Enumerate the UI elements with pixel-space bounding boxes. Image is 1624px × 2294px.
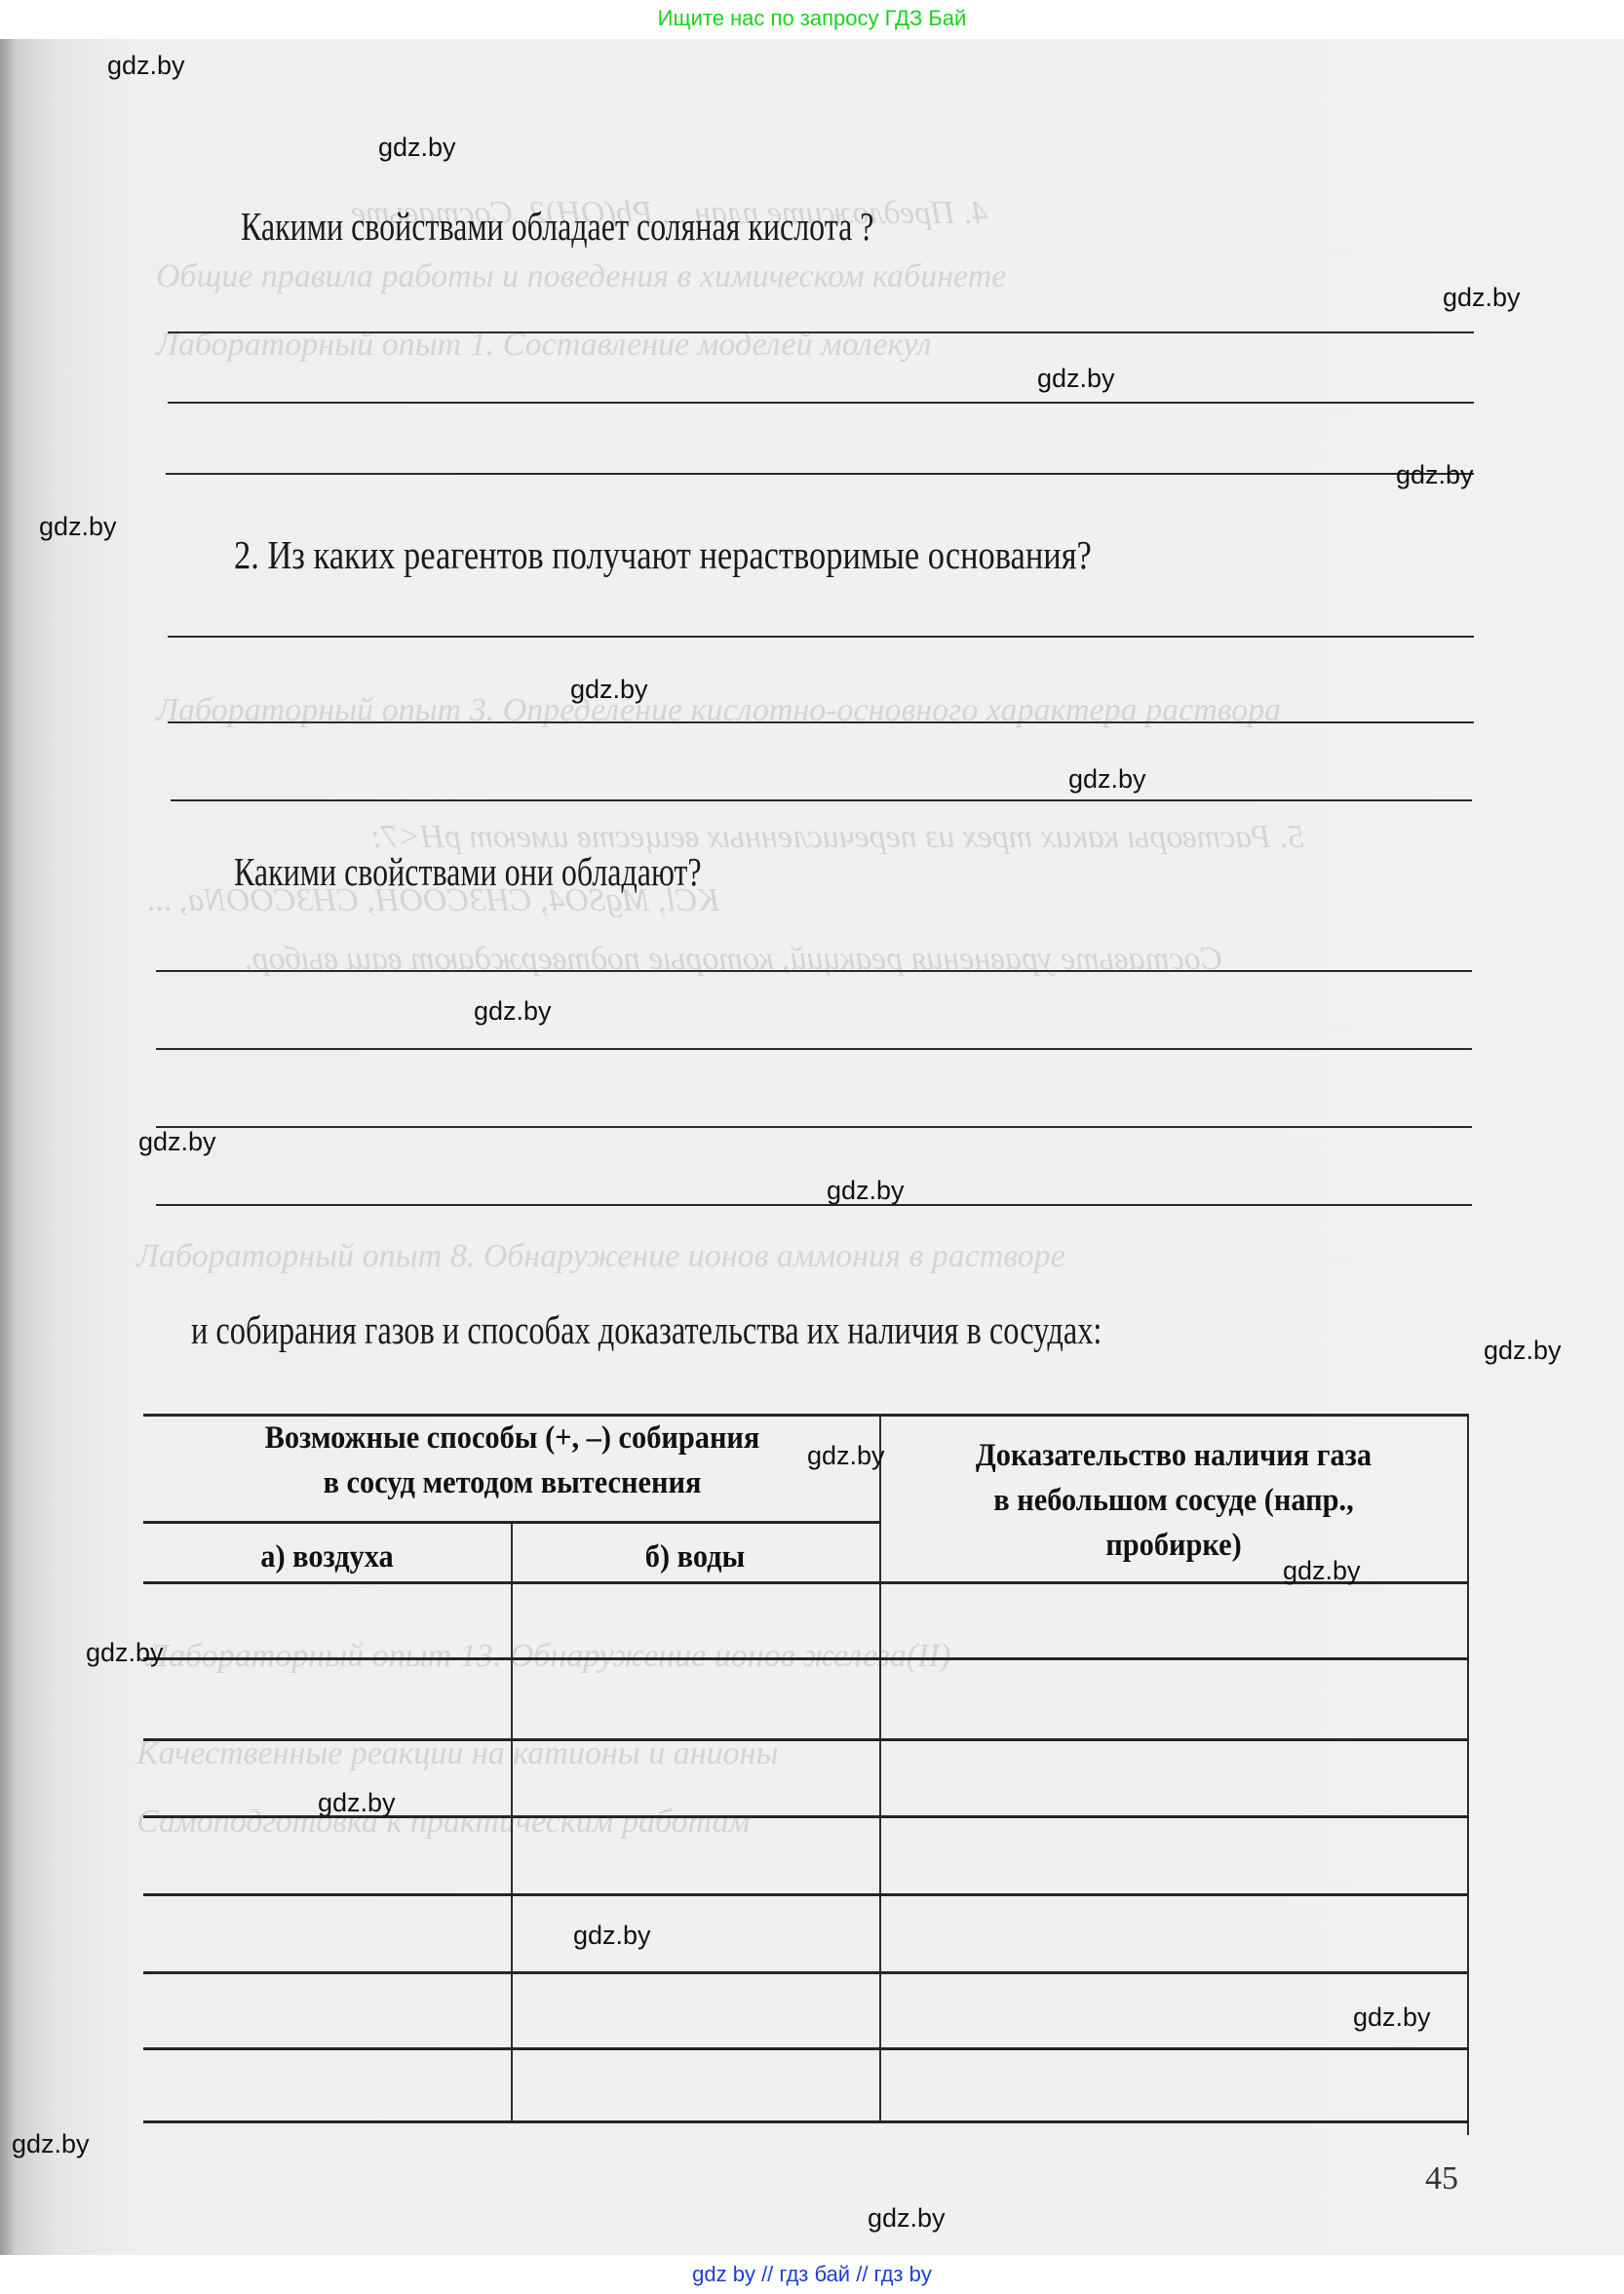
watermark: gdz.by [827,1176,905,1206]
watermark: gdz.by [1037,364,1115,394]
header-proof-line1: Доказательство наличия газа [905,1433,1443,1478]
header-proof-line3: пробирке) [905,1523,1443,1568]
bleed-through-text: Составьте уравнения реакций, которые под… [244,941,1223,978]
watermark: gdz.by [138,1127,216,1157]
header-water: б) воды [525,1535,865,1579]
question-text: Какими свойствами обладает соляная кисло… [241,203,873,250]
answer-line[interactable] [156,1204,1472,1206]
table-row-divider [143,2047,1469,2050]
watermark: gdz.by [474,996,552,1027]
header-proof: Доказательство наличия газа в небольшом … [905,1433,1443,1568]
watermark: gdz.by [1068,764,1146,795]
header-air: а) воздуха [158,1535,496,1579]
table-divider-col2 [879,1414,881,2120]
watermark: gdz.by [318,1788,396,1818]
header-proof-line2: в небольшом сосуде (напр., [905,1478,1443,1523]
table-row-divider [143,1738,1469,1741]
watermark: gdz.by [1396,460,1474,490]
answer-line[interactable] [166,473,1474,475]
gas-collection-table: Возможные способы (+, –) собирания в сос… [143,1414,1469,2135]
answer-line[interactable] [171,799,1472,801]
watermark: gdz.by [807,1441,885,1471]
table-header-divider [143,1521,881,1524]
table-row-divider [143,1657,1469,1660]
answer-line[interactable] [168,721,1474,723]
table-border-bottom [143,2120,1469,2123]
answer-line[interactable] [156,970,1472,972]
header-methods-line1: Возможные способы (+, –) собирания [173,1416,851,1460]
scanned-page: 4. Предложите план ... Pb(OH)2. Составьт… [0,39,1624,2255]
table-row-divider [143,1971,1469,1974]
question-text: Какими свойствами они обладают? [234,848,702,895]
watermark: gdz.by [107,51,185,81]
table-border-right [1467,1414,1469,2135]
watermark: gdz.by [573,1921,651,1951]
top-banner-text[interactable]: Ищите нас по запросу ГДЗ Бай [658,6,967,30]
watermark: gdz.by [378,133,456,163]
bleed-through-text: Лабораторный опыт 8. Обнаружение ионов а… [136,1238,1065,1275]
table-divider-col1 [511,1521,513,2120]
watermark: gdz.by [1353,2002,1431,2033]
watermark: gdz.by [1443,283,1521,313]
table-row-divider [143,1581,1469,1584]
watermark: gdz.by [86,1638,164,1668]
page-number: 45 [1425,2160,1458,2197]
top-banner[interactable]: Ищите нас по запросу ГДЗ Бай [0,0,1624,39]
bleed-through-text: Лабораторный опыт 3. Определение кислотн… [156,692,1281,729]
question-title: 2. Из каких реагентов получают нераствор… [234,531,1092,578]
table-row-divider [143,1893,1469,1896]
bottom-banner-links[interactable]: gdz by // гдз бай // гдз by [692,2262,932,2286]
watermark: gdz.by [1484,1336,1562,1366]
header-methods-line2: в сосуд методом вытеснения [173,1460,851,1505]
answer-line[interactable] [168,636,1474,638]
watermark: gdz.by [1283,1556,1361,1586]
header-methods: Возможные способы (+, –) собирания в сос… [173,1416,851,1505]
watermark: gdz.by [868,2203,946,2234]
bottom-banner[interactable]: gdz by // гдз бай // гдз by [0,2255,1624,2294]
bleed-through-text: Общие правила работы и поведения в химич… [156,258,1006,295]
watermark: gdz.by [570,675,648,705]
answer-line[interactable] [156,1048,1472,1050]
watermark: gdz.by [39,512,117,542]
watermark: gdz.by [12,2129,90,2159]
answer-line[interactable] [156,1126,1472,1128]
question-text: и собирания газов и способах доказательс… [191,1306,1102,1353]
answer-line[interactable] [168,402,1474,404]
question-2-text: 2. Из каких реагентов получают нераствор… [234,532,1092,577]
answer-line[interactable] [168,331,1474,333]
